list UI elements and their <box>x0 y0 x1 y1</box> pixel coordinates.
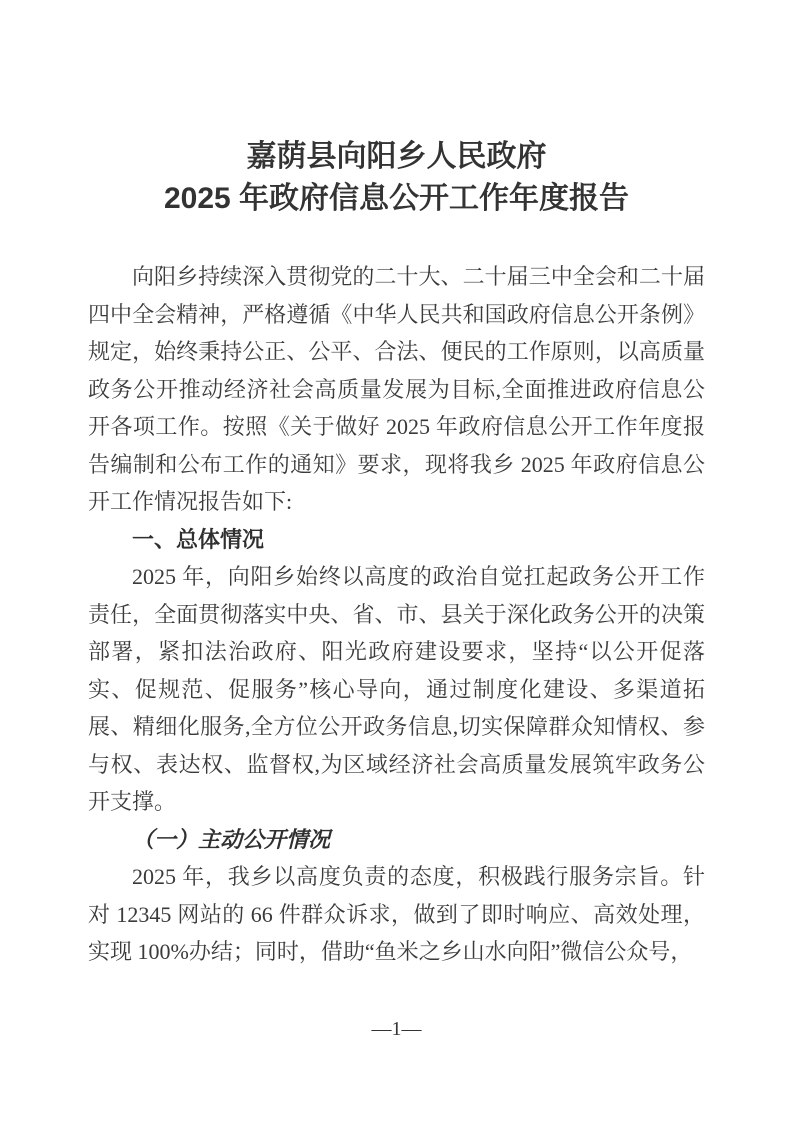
document-page: 嘉荫县向阳乡人民政府 2025 年政府信息公开工作年度报告 向阳乡持续深入贯彻党… <box>0 0 793 1122</box>
title-line-2: 2025 年政府信息公开工作年度报告 <box>88 178 705 220</box>
document-content: 嘉荫县向阳乡人民政府 2025 年政府信息公开工作年度报告 向阳乡持续深入贯彻党… <box>88 136 705 971</box>
section-heading-overall-situation: 一、总体情况 <box>88 521 705 559</box>
title-line-1: 嘉荫县向阳乡人民政府 <box>88 136 705 178</box>
page-number: —1— <box>0 1014 793 1044</box>
subsection-heading-active-disclosure: （一）主动公开情况 <box>88 821 705 859</box>
paragraph-active-disclosure: 2025 年，我乡以高度负责的态度，积极践行服务宗旨。针对 12345 网站的 … <box>88 858 705 971</box>
document-title: 嘉荫县向阳乡人民政府 2025 年政府信息公开工作年度报告 <box>88 136 705 220</box>
paragraph-intro: 向阳乡持续深入贯彻党的二十大、二十届三中全会和二十届四中全会精神，严格遵循《中华… <box>88 258 705 521</box>
paragraph-overall-situation: 2025 年，向阳乡始终以高度的政治自觉扛起政务公开工作责任，全面贯彻落实中央、… <box>88 558 705 821</box>
